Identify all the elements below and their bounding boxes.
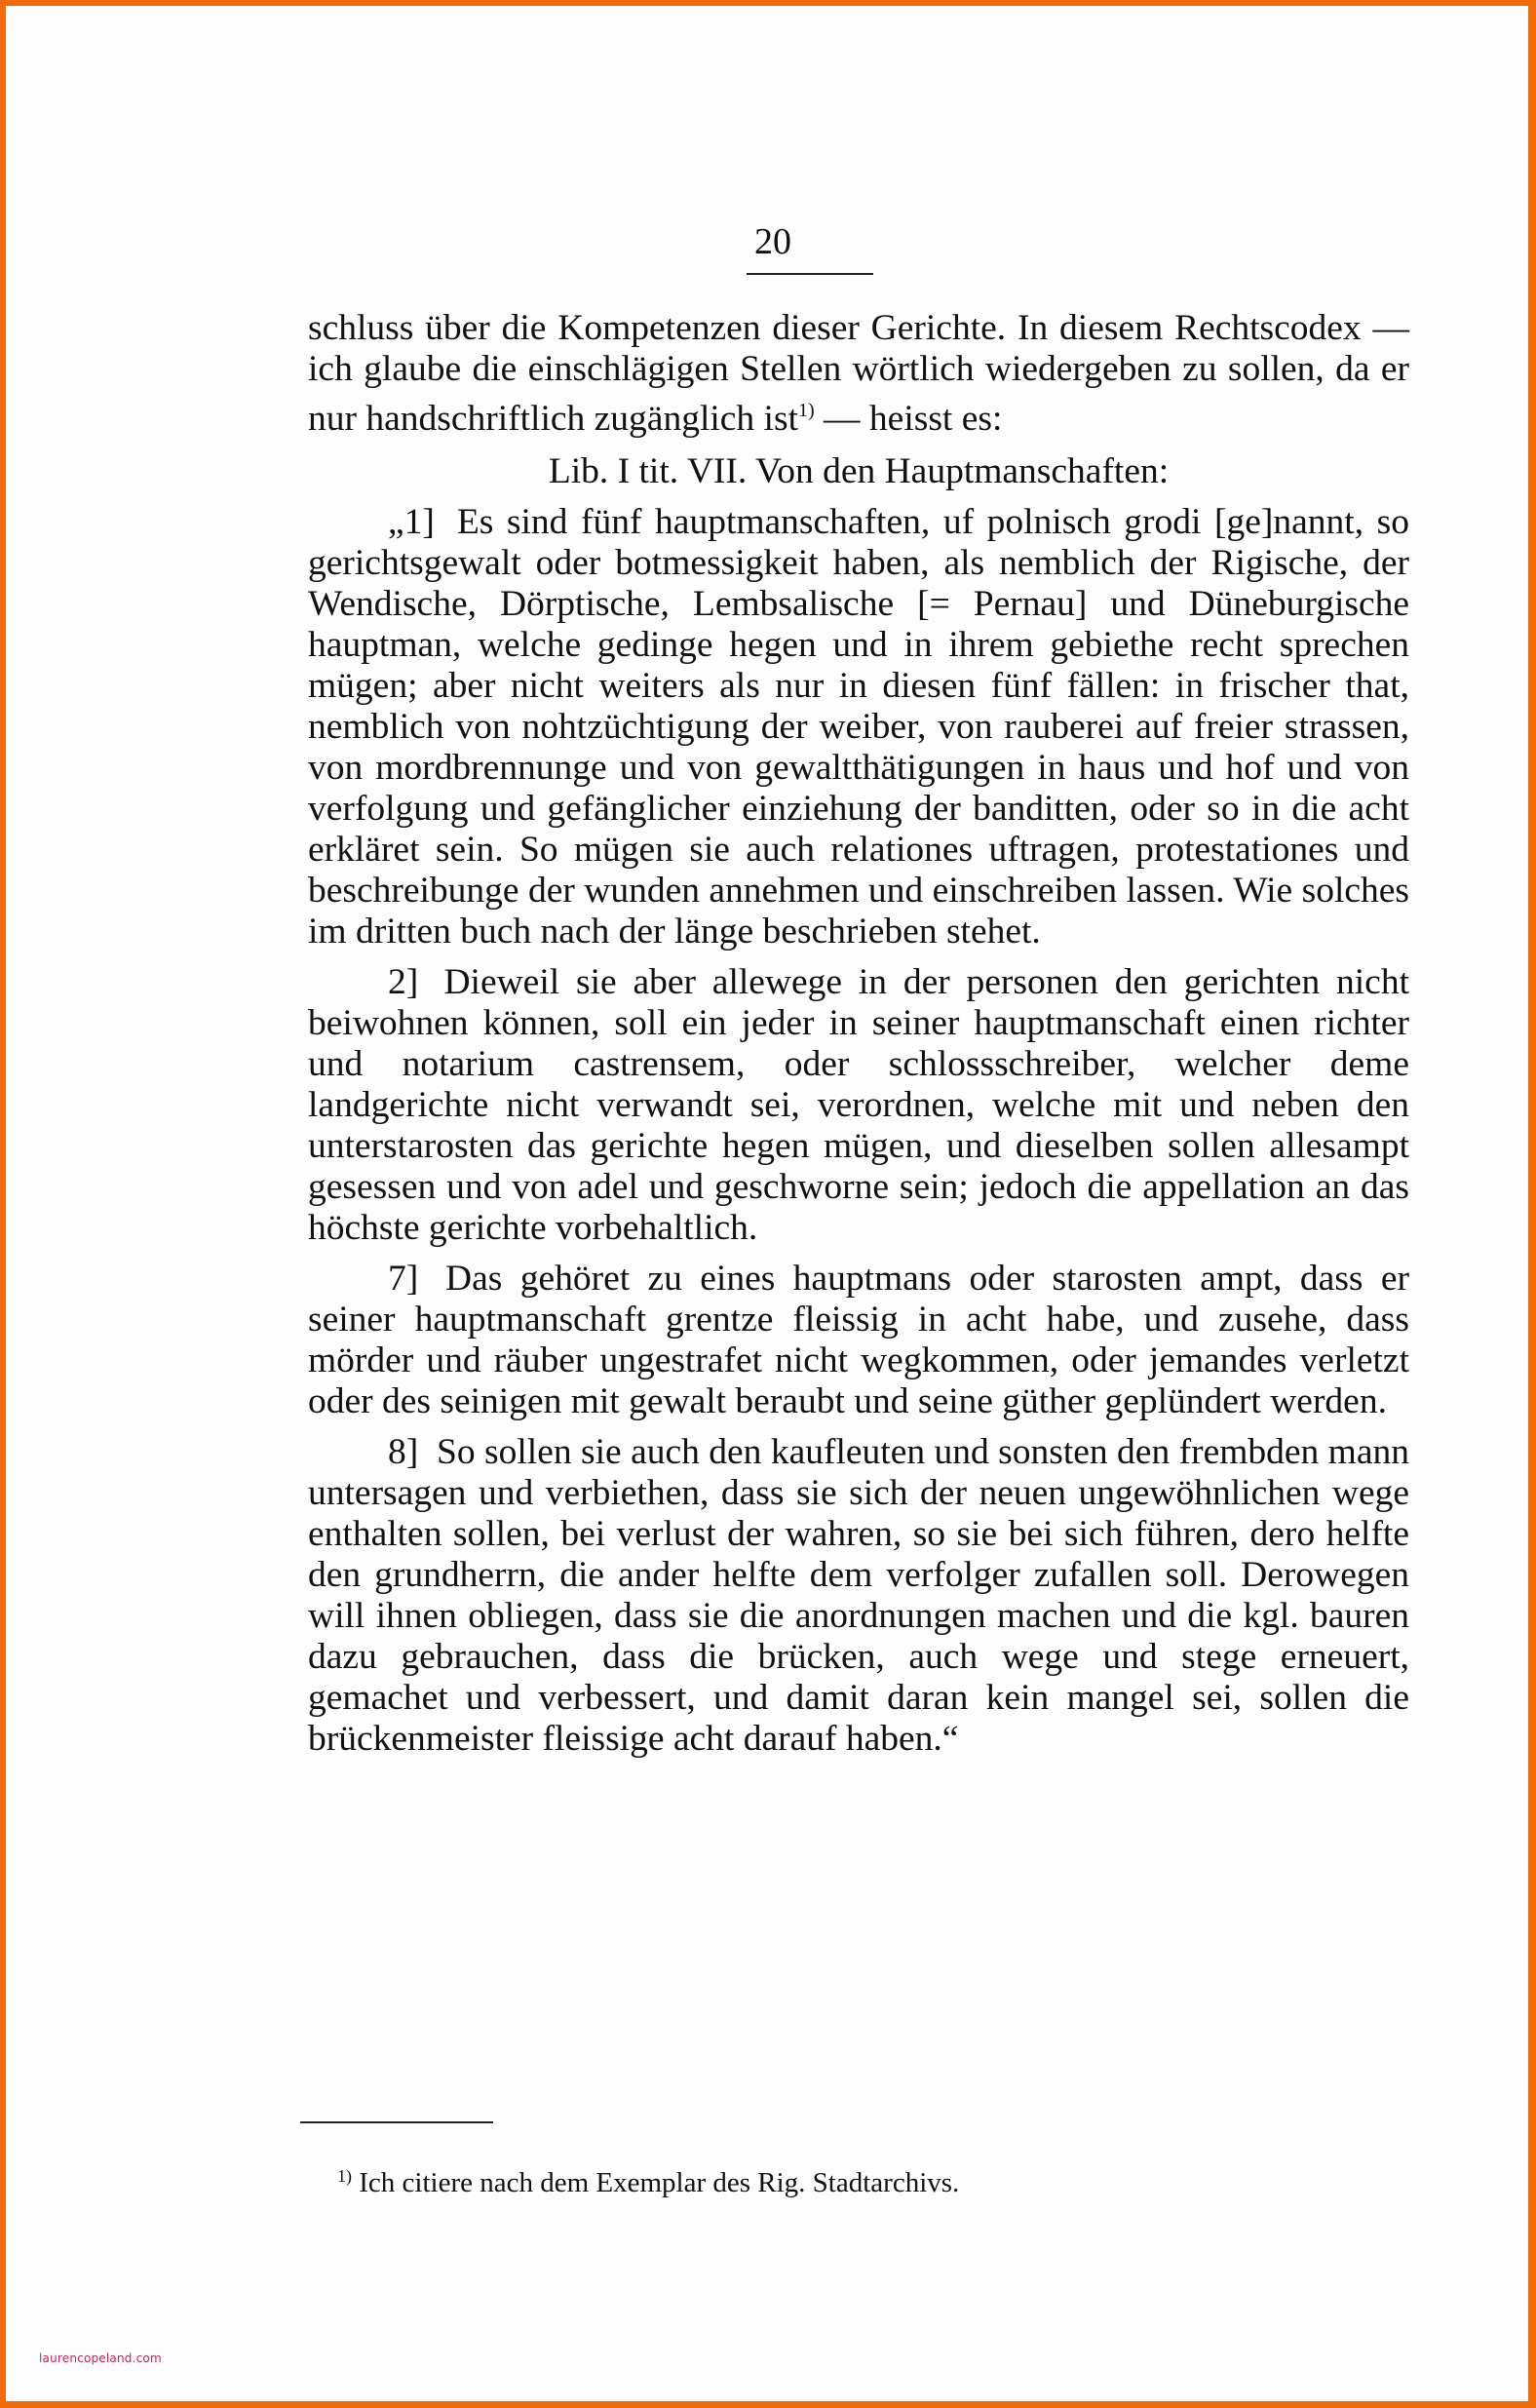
paragraph-1: „1] Es sind fünf hauptmanschaften, uf po… [308,502,1409,952]
footnote-text: Ich citiere nach dem Exemplar des Rig. S… [352,2167,959,2198]
paragraph-2: 2] Dieweil sie aber allewege in der pers… [308,962,1409,1249]
paragraph-number: „1] [388,502,435,542]
footnote: 1) Ich citiere nach dem Exemplar des Rig… [337,2158,959,2200]
paragraph-8: 8] So sollen sie auch den kaufleuten und… [308,1432,1409,1760]
section-heading: Lib. I tit. VII. Von den Hauptmanschafte… [308,451,1409,492]
paragraph-7: 7] Das gehöret zu eines hauptmans oder s… [308,1259,1409,1422]
footnote-marker: 1) [337,2166,352,2186]
intro-text-end: — heisst es: [815,399,1003,439]
footnote-rule [300,2121,493,2123]
footnote-reference[interactable]: 1) [798,400,815,421]
document-page: 20 schluss über die Kompetenzen dieser G… [6,6,1528,2401]
watermark-link[interactable]: laurencopeland.com [39,2351,162,2365]
body-text: schluss über die Kompetenzen dieser Geri… [308,308,1409,1769]
paragraph-number: 2] [388,962,418,1002]
paragraph-text: Das gehöret zu eines hauptmans oder star… [308,1259,1409,1421]
paragraph-text: Es sind fünf hauptmanschaften, uf polnis… [308,502,1409,952]
paragraph-text: Dieweil sie aber allewege in der persone… [308,962,1409,1248]
paragraph-text: So sollen sie auch den kaufleuten und so… [308,1432,1409,1759]
paragraph-number: 7] [388,1259,418,1299]
intro-paragraph: schluss über die Kompetenzen dieser Geri… [308,308,1409,440]
paragraph-number: 8] [388,1432,418,1472]
page-number: 20 [6,220,1528,263]
page-number-rule [747,273,873,275]
